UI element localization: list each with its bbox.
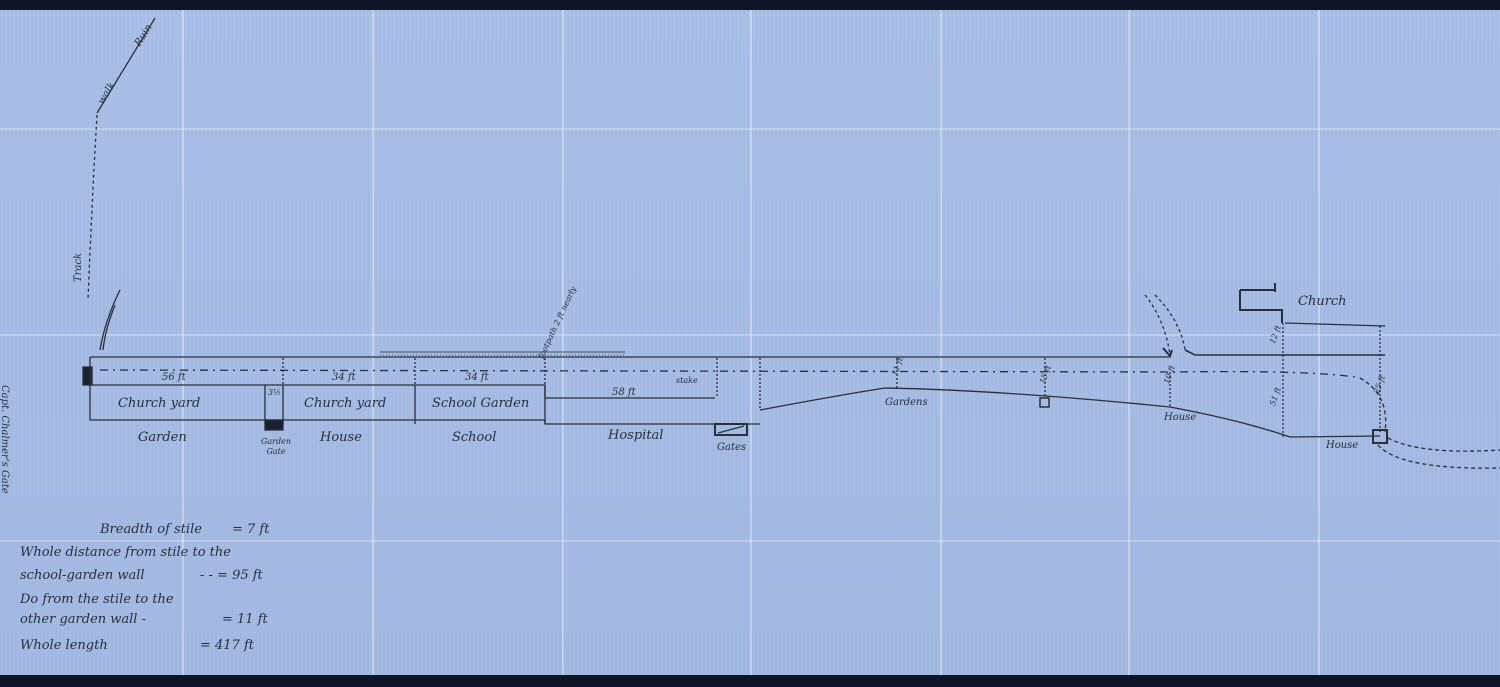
plot-below-label: School — [452, 430, 496, 445]
gardens-label: Gardens — [885, 397, 928, 408]
plot-name: Church yard — [118, 396, 200, 411]
plot-name: School Garden — [432, 396, 529, 411]
plot-below-label: House — [320, 430, 362, 445]
note-line: Do from the stile to the — [20, 592, 174, 607]
house-label: House — [1164, 412, 1196, 423]
note-value: - - = 95 ft — [200, 568, 263, 583]
plot-width-label: 56 ft — [162, 372, 186, 383]
gates-label: Gates — [717, 442, 746, 453]
church-label: Church — [1298, 294, 1347, 309]
note-value: = 11 ft — [222, 612, 268, 627]
note-line: school-garden wall — [20, 568, 145, 583]
plot-below-label: Garden — [138, 430, 187, 445]
plot-below-label: Hospital — [608, 428, 663, 443]
track-line — [88, 115, 97, 300]
garden-gate-label: Garden Gate — [261, 437, 291, 457]
note-value: = 7 ft — [232, 522, 269, 537]
note-line: Breadth of stile — [100, 522, 202, 537]
plot-width-label: 58 ft — [612, 387, 636, 398]
note-line: Whole distance from stile to the — [20, 545, 231, 560]
house-label: House — [1326, 440, 1358, 451]
plot-width-label: 34 ft — [332, 372, 356, 383]
note-value: = 417 ft — [200, 638, 254, 653]
garden-gate-width: 3½ — [268, 388, 281, 397]
note-line: other garden wall - — [20, 612, 146, 627]
capt-chalmers-gate-label: Capt. Chalmer's Gate — [0, 385, 10, 475]
stake-label: stake — [676, 376, 698, 385]
track-label: Track — [73, 253, 84, 282]
plot-name: Church yard — [304, 396, 386, 411]
note-line: Whole length — [20, 638, 108, 653]
plot-width-label: 34 ft — [465, 372, 489, 383]
